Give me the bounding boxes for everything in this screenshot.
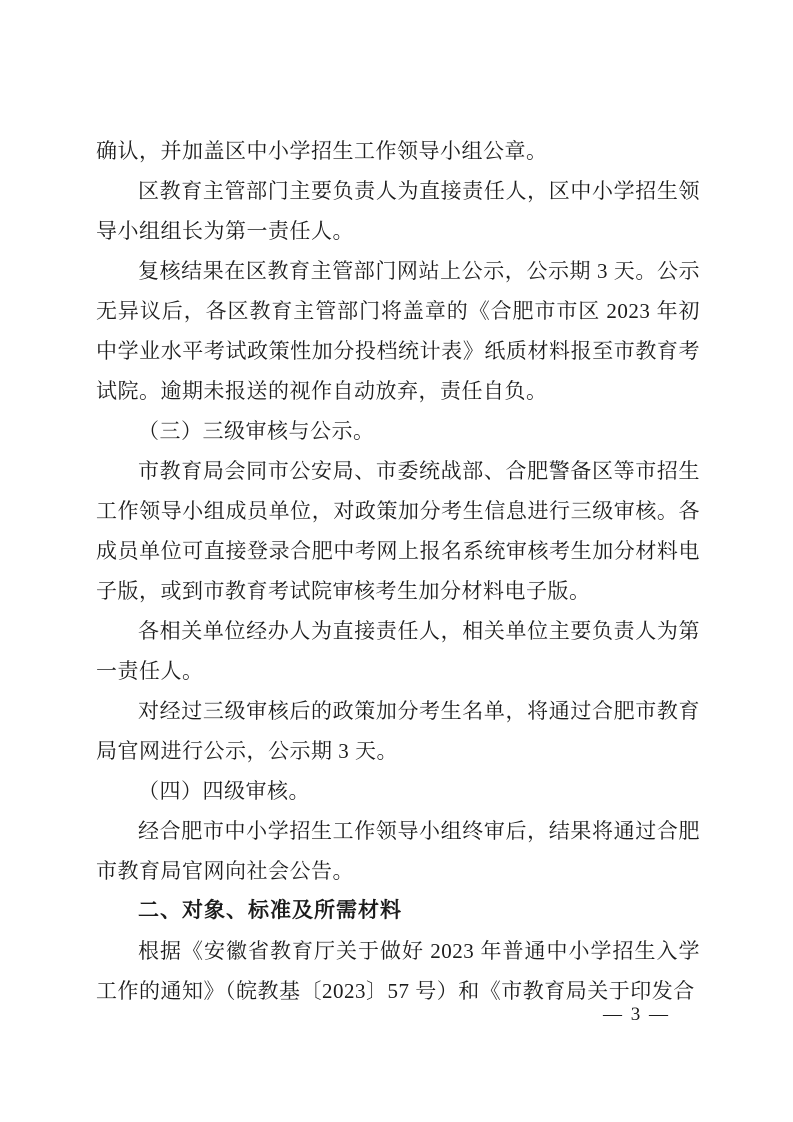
document-page: 确认，并加盖区中小学招生工作领导小组公章。 区教育主管部门主要负责人为直接责任人… [0,0,793,1122]
paragraph: 各相关单位经办人为直接责任人，相关单位主要负责人为第一责任人。 [96,611,700,691]
paragraph: 市教育局会同市公安局、市委统战部、合肥警备区等市招生工作领导小组成员单位，对政策… [96,451,700,611]
page-number: — 3 — [603,1003,670,1027]
paragraph: 对经过三级审核后的政策加分考生名单，将通过合肥市教育局官网进行公示，公示期 3 … [96,691,700,771]
document-body: 确认，并加盖区中小学招生工作领导小组公章。 区教育主管部门主要负责人为直接责任人… [96,131,700,1011]
paragraph: 根据《安徽省教育厅关于做好 2023 年普通中小学招生入学工作的通知》（皖教基〔… [96,931,700,1011]
paragraph: 区教育主管部门主要负责人为直接责任人，区中小学招生领导小组组长为第一责任人。 [96,171,700,251]
section-heading: 二、对象、标准及所需材料 [96,891,700,931]
paragraph: 经合肥市中小学招生工作领导小组终审后，结果将通过合肥市教育局官网向社会公告。 [96,811,700,891]
paragraph-subheading: （四）四级审核。 [96,771,700,811]
paragraph-subheading: （三）三级审核与公示。 [96,411,700,451]
paragraph: 复核结果在区教育主管部门网站上公示，公示期 3 天。公示无异议后，各区教育主管部… [96,251,700,411]
paragraph-continuation: 确认，并加盖区中小学招生工作领导小组公章。 [96,131,700,171]
